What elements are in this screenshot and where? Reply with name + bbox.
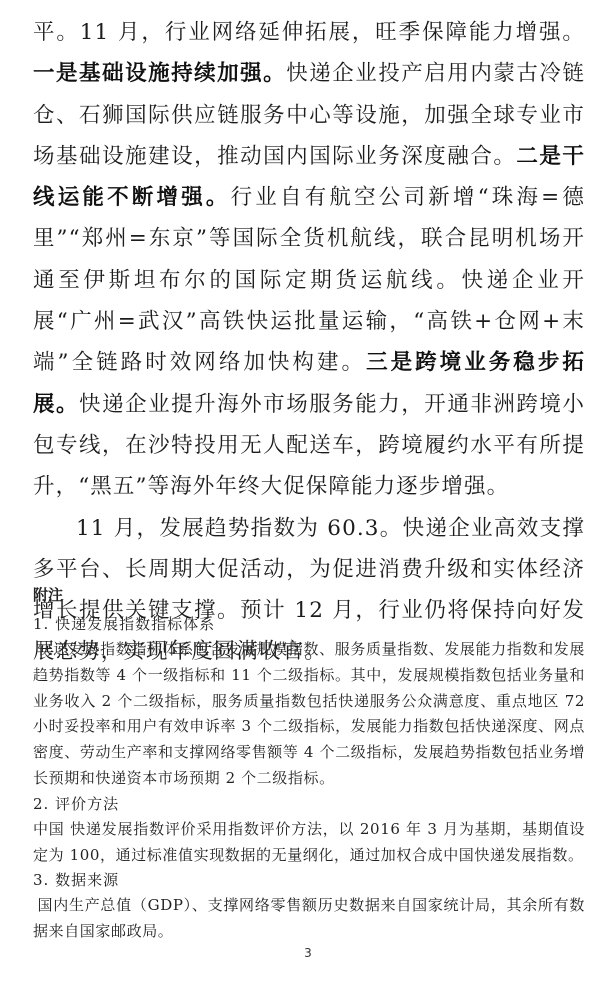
note-heading: 2. 评价方法 — [33, 792, 585, 817]
paragraph-network-expansion: 平。11 月，行业网络延伸拓展，旺季保障能力增强。一是基础设施持续加强。快递企业… — [33, 12, 585, 508]
paragraph-intro: 平。11 月，行业网络延伸拓展，旺季保障能力增强。 — [33, 20, 585, 45]
document-main-text: 平。11 月，行业网络延伸拓展，旺季保障能力增强。一是基础设施持续加强。快递企业… — [33, 12, 585, 673]
note-heading: 3. 数据来源 — [33, 868, 585, 893]
note-item-evaluation-method: 2. 评价方法 中国 快递发展指数评价采用指数评价方法，以 2016 年 3 月… — [33, 792, 585, 869]
point-2-text: 行业自有航空公司新增“珠海=德里”“郑州=东京”等国际全货机航线，联合昆明机场开… — [33, 185, 585, 375]
note-item-indicator-system: 1. 快递发展指数指标体系 快递发展指数指标体系包含发展规模指数、服务质量指数、… — [33, 612, 585, 792]
note-heading: 1. 快递发展指数指标体系 — [33, 612, 585, 637]
point-3-text: 快递企业提升海外市场服务能力，开通非洲跨境小包专线，在沙特投用无人配送车，跨境履… — [33, 392, 585, 500]
note-body: 中国 快递发展指数评价采用指数评价方法，以 2016 年 3 月为基期，基期值设… — [33, 817, 585, 869]
note-item-data-source: 3. 数据来源 国内生产总值（GDP）、支撑网络零售额历史数据来自国家统计局，其… — [33, 868, 585, 945]
point-1-title: 一是基础设施持续加强。 — [33, 61, 286, 86]
notes-title: 附注 — [33, 584, 585, 606]
page-number: 3 — [0, 946, 616, 960]
note-body: 国内生产总值（GDP）、支撑网络零售额历史数据来自国家统计局，其余所有数据来自国… — [33, 893, 585, 945]
note-body: 快递发展指数指标体系包含发展规模指数、服务质量指数、发展能力指数和发展趋势指数等… — [33, 637, 585, 792]
notes-section: 附注 1. 快递发展指数指标体系 快递发展指数指标体系包含发展规模指数、服务质量… — [33, 584, 585, 945]
